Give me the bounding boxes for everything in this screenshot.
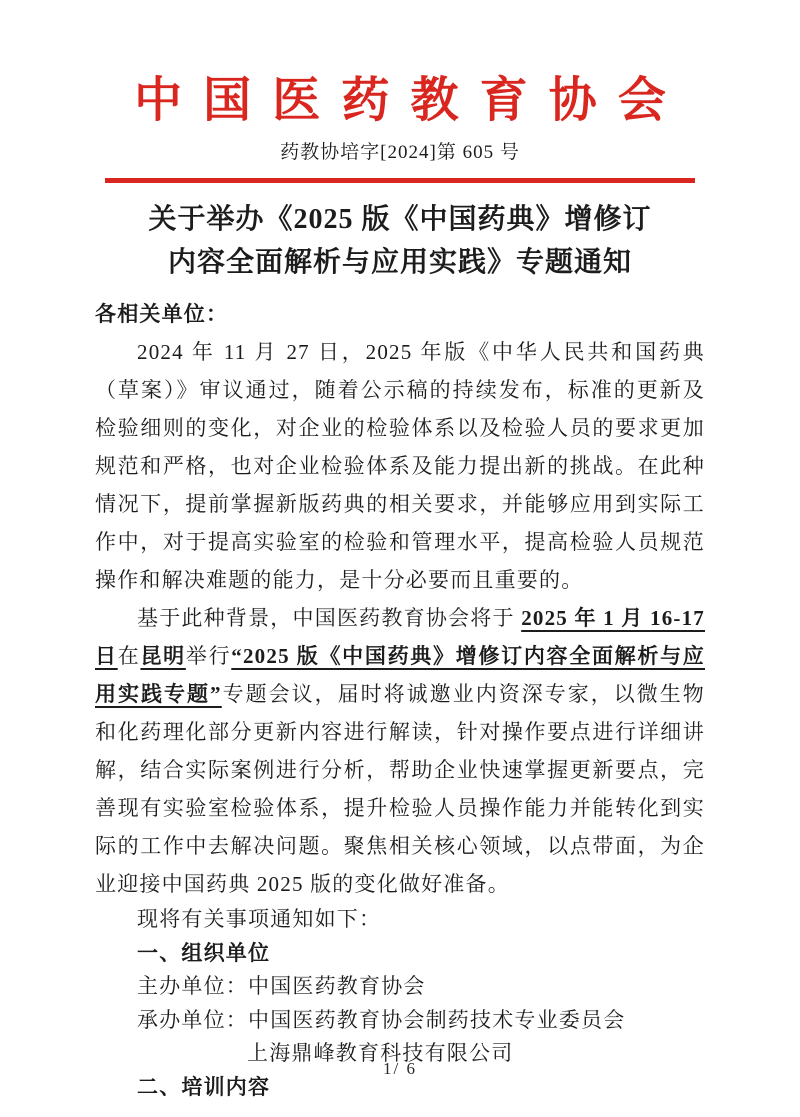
notice-intro: 现将有关事项通知如下： [95, 903, 705, 937]
section-1-heading: 一、组织单位 [95, 937, 705, 971]
text-segment: 基于此种背景，中国医药教育协会将于 [137, 606, 521, 630]
co-organizer-line: 承办单位：中国医药教育协会制药技术专业委员会 [95, 1004, 705, 1038]
notice-title-line2: 内容全面解析与应用实践》专题通知 [0, 241, 800, 284]
notice-body-top: 各相关单位： 2024 年 11 月 27 日，2025 年版《中华人民共和国药… [95, 295, 705, 903]
text-segment: 举行 [186, 644, 231, 668]
doc-number: 药教协培字[2024]第 605 号 [0, 141, 800, 165]
org-name-header: 中国医药教育协会 [0, 74, 800, 128]
notice-title-line1: 关于举办《2025 版《中国药典》增修订 [0, 198, 800, 241]
text-segment: 专题会议，届时将诚邀业内资深专家，以微生物和化药理化部分更新内容进行解读，针对操… [95, 682, 705, 896]
salutation: 各相关单位： [95, 295, 705, 333]
text-segment: 在 [118, 644, 141, 668]
text-segment: 昆明 [140, 644, 185, 668]
host-organizer-line: 主办单位：中国医药教育协会 [95, 970, 705, 1004]
header-divider-rule [105, 178, 695, 183]
notice-title: 关于举办《2025 版《中国药典》增修订 内容全面解析与应用实践》专题通知 [0, 198, 800, 284]
page-number: 1/ 6 [0, 1059, 800, 1079]
paragraph-background: 2024 年 11 月 27 日，2025 年版《中华人民共和国药典（草案）》审… [95, 333, 705, 599]
document-page: 中国医药教育协会 药教协培字[2024]第 605 号 关于举办《2025 版《… [0, 0, 800, 1117]
paragraph-announcement: 基于此种背景，中国医药教育协会将于 2025 年 1 月 16-17 日在昆明举… [95, 599, 705, 903]
